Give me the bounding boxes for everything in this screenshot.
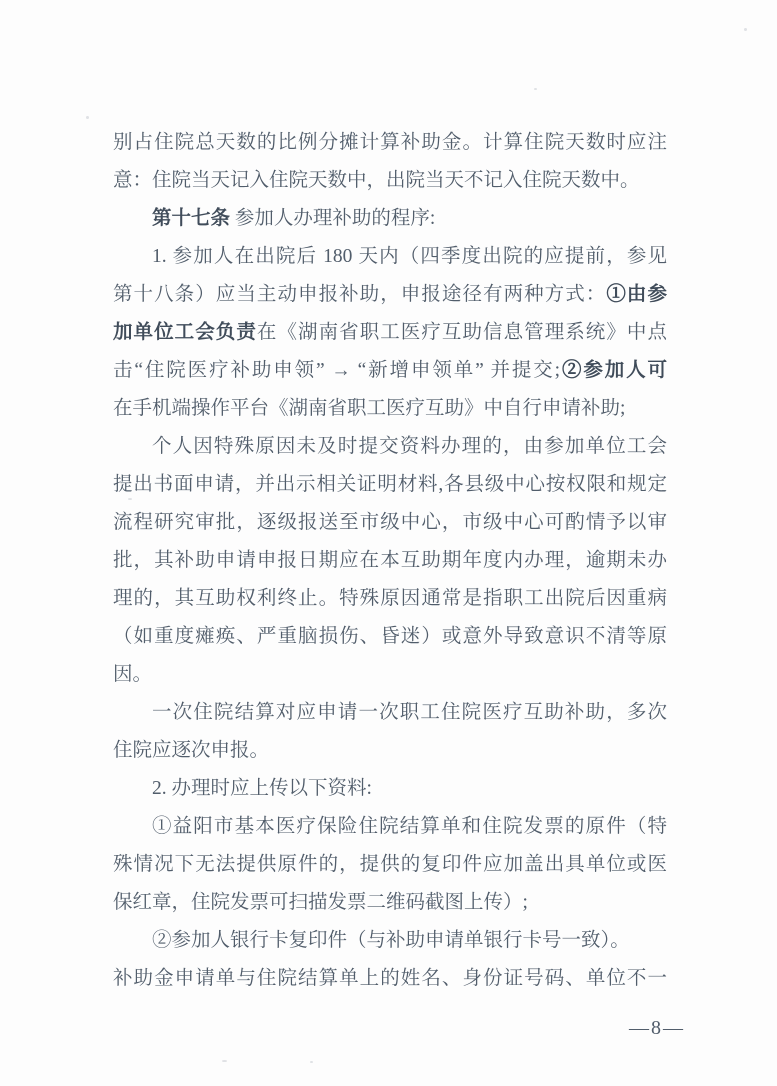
text-line: 保红章，住院发票可扫描发票二维码截图上传）; <box>113 884 667 922</box>
text-segment: 1. 参加人在出院后 180 天内（四季度出院的应提前，参见 <box>152 246 667 267</box>
text-segment: 别占住院总天数的比例分摊计算补助金。计算住院天数时应注 <box>113 132 667 153</box>
text-line: 流程研究审批，逐级报送至市级中心，市级中心可酌情予以审 <box>113 504 667 542</box>
text-segment: 殊情况下无法提供原件的，提供的复印件应加盖出具单位或医 <box>113 854 667 875</box>
text-line: 理的，其互助权利终止。特殊原因通常是指职工出院后因重病 <box>113 580 667 618</box>
text-line: 加单位工会负责在《湖南省职工医疗互助信息管理系统》中点 <box>113 314 667 352</box>
text-line: 意：住院当天记入住院天数中，出院当天不记入住院天数中。 <box>113 162 667 200</box>
text-line: 个人因特殊原因未及时提交资料办理的，由参加单位工会 <box>113 428 667 466</box>
text-segment: ①益阳市基本医疗保险住院结算单和住院发票的原件（特 <box>152 816 667 837</box>
text-segment: 理的，其互助权利终止。特殊原因通常是指职工出院后因重病 <box>113 588 667 609</box>
text-segment: 在手机端操作平台《湖南省职工医疗互助》中自行申请补助; <box>113 398 625 419</box>
text-segment: （如重度瘫痪、严重脑损伤、昏迷）或意外导致意识不清等原 <box>113 626 667 647</box>
text-segment: 意：住院当天记入住院天数中，出院当天不记入住院天数中。 <box>113 170 640 191</box>
text-line: 因。 <box>113 656 667 694</box>
bold-text-segment: 第十七条 <box>152 208 230 229</box>
text-line: 补助金申请单与住院结算单上的姓名、身份证号码、单位不一 <box>113 960 667 998</box>
text-segment: 击“住院医疗补助申领” → “新增申领单” 并提交; <box>113 360 560 381</box>
scan-speck <box>534 88 537 90</box>
bold-text-segment: 加单位工会负责 <box>113 322 257 343</box>
text-line: 殊情况下无法提供原件的，提供的复印件应加盖出具单位或医 <box>113 846 667 884</box>
text-segment: 保红章，住院发票可扫描发票二维码截图上传）; <box>113 892 528 913</box>
text-line: ②参加人银行卡复印件（与补助申请单银行卡号一致）。 <box>113 922 667 960</box>
text-line: 第十八条）应当主动申报补助，申报途径有两种方式：①由参 <box>113 276 667 314</box>
text-line: 别占住院总天数的比例分摊计算补助金。计算住院天数时应注 <box>113 124 667 162</box>
text-segment: 住院应逐次申报。 <box>113 740 269 761</box>
page-footer: —8— <box>629 1012 685 1044</box>
page-number: —8— <box>629 1017 685 1039</box>
text-segment: 提出书面申请，并出示相关证明材料,各县级中心按权限和规定 <box>113 474 667 495</box>
text-segment: 因。 <box>113 664 152 685</box>
text-line: 1. 参加人在出院后 180 天内（四季度出院的应提前，参见 <box>113 238 667 276</box>
text-segment: 补助金申请单与住院结算单上的姓名、身份证号码、单位不一 <box>113 968 667 989</box>
text-line: 在手机端操作平台《湖南省职工医疗互助》中自行申请补助; <box>113 390 667 428</box>
scan-speck <box>744 28 747 31</box>
scan-speck <box>86 116 89 119</box>
text-segment: 2. 办理时应上传以下资料: <box>152 778 372 799</box>
text-segment: 批，其补助申请申报日期应在本互助期年度内办理，逾期未办 <box>113 550 667 571</box>
text-segment: 第十八条）应当主动申报补助，申报途径有两种方式： <box>113 284 606 305</box>
text-line: ①益阳市基本医疗保险住院结算单和住院发票的原件（特 <box>113 808 667 846</box>
text-line: 一次住院结算对应申请一次职工住院医疗互助补助，多次 <box>113 694 667 732</box>
document-page: 别占住院总天数的比例分摊计算补助金。计算住院天数时应注意：住院当天记入住院天数中… <box>0 0 777 1086</box>
scan-speck <box>310 1061 313 1063</box>
text-segment: ②参加人银行卡复印件（与补助申请单银行卡号一致）。 <box>152 930 630 951</box>
text-line: 击“住院医疗补助申领” → “新增申领单” 并提交;②参加人可 <box>113 352 667 390</box>
text-line: 住院应逐次申报。 <box>113 732 667 770</box>
text-segment: 一次住院结算对应申请一次职工住院医疗互助补助，多次 <box>152 702 667 723</box>
text-line: 2. 办理时应上传以下资料: <box>113 770 667 808</box>
text-segment: 流程研究审批，逐级报送至市级中心，市级中心可酌情予以审 <box>113 512 667 533</box>
text-line: （如重度瘫痪、严重脑损伤、昏迷）或意外导致意识不清等原 <box>113 618 667 656</box>
text-segment: 参加人办理补助的程序: <box>230 208 435 229</box>
text-line: 第十七条 参加人办理补助的程序: <box>113 200 667 238</box>
text-segment: 个人因特殊原因未及时提交资料办理的，由参加单位工会 <box>152 436 667 457</box>
text-segment: 在《湖南省职工医疗互助信息管理系统》中点 <box>257 322 667 343</box>
scan-speck <box>222 1060 227 1062</box>
text-line: 提出书面申请，并出示相关证明材料,各县级中心按权限和规定 <box>113 466 667 504</box>
document-body: 别占住院总天数的比例分摊计算补助金。计算住院天数时应注意：住院当天记入住院天数中… <box>113 124 667 998</box>
bold-text-segment: ②参加人可 <box>560 360 667 381</box>
bold-text-segment: ①由参 <box>606 284 667 305</box>
text-line: 批，其补助申请申报日期应在本互助期年度内办理，逾期未办 <box>113 542 667 580</box>
scan-speck <box>128 498 132 500</box>
